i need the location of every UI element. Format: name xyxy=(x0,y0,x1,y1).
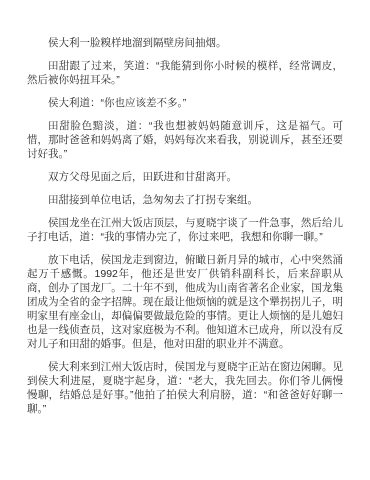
novel-text-content: 侯大利一脸糗样地溜到隔壁房间抽烟。 田甜跟了过来，笑道：“我能猜到你小时候的模样… xyxy=(0,0,370,416)
paragraph: 侯大利道：“你也应该差不多。” xyxy=(27,96,343,110)
paragraph: 田甜跟了过来，笑道：“我能猜到你小时候的模样，经常调皮，然后被你妈扭耳朵。” xyxy=(27,59,343,87)
paragraph: 田甜接到单位电话，急匆匆去了打拐专案组。 xyxy=(27,193,343,207)
paragraph: 侯大利一脸糗样地溜到隔壁房间抽烟。 xyxy=(27,36,343,50)
paragraph: 田甜脸色黯淡，道：“我也想被妈妈随意训斥，这是福气。可惜，那时爸爸和妈妈离了婚，… xyxy=(27,119,343,161)
ebook-reader-page: 侯大利一脸糗样地溜到隔壁房间抽烟。 田甜跟了过来，笑道：“我能猜到你小时候的模样… xyxy=(0,0,370,480)
paragraph: 侯国龙坐在江州大饭店顶层，与夏晓宇谈了一件急事，然后给儿子打电话，道：“我的事情… xyxy=(27,216,343,244)
paragraph: 放下电话，侯国龙走到窗边，俯瞰日新月异的城市，心中突然涌起万千感慨。1992年，… xyxy=(27,253,343,351)
paragraph: 双方父母见面之后，田跃进和甘甜离开。 xyxy=(27,170,343,184)
paragraph: 侯大利来到江州大饭店时，侯国龙与夏晓宇正站在窗边闲聊。见到侯大利进屋，夏晓宇起身… xyxy=(27,360,343,416)
